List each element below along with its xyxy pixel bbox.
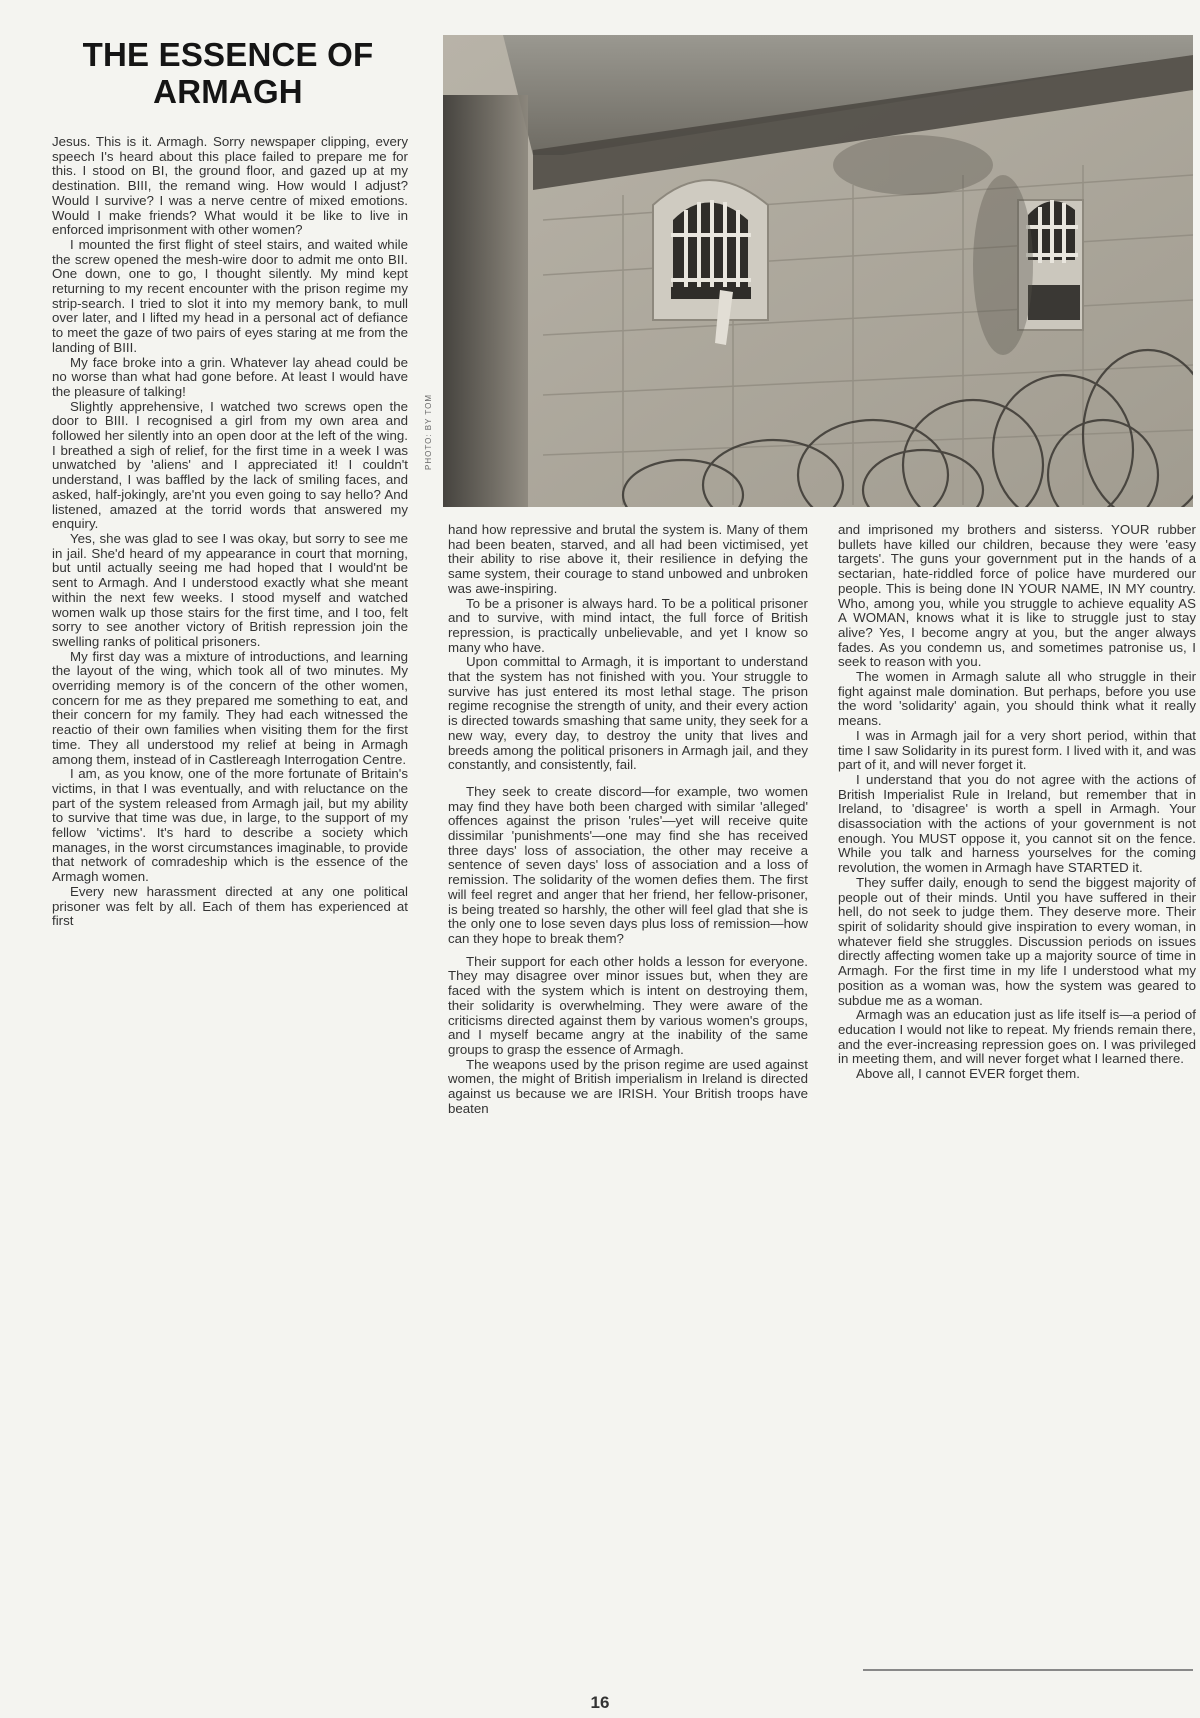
paragraph: hand how repressive and brutal the syste… [448,523,808,597]
paragraph: My face broke into a grin. Whatever lay … [52,356,408,400]
paragraph: and imprisoned my brothers and sisterss.… [838,523,1196,670]
paragraph: The weapons used by the prison regime ar… [448,1058,808,1117]
paragraph: Slightly apprehensive, I watched two scr… [52,400,408,532]
article-column-3: and imprisoned my brothers and sisterss.… [838,523,1196,1082]
article-column-2: hand how repressive and brutal the syste… [448,523,808,1116]
paragraph: The women in Armagh salute all who strug… [838,670,1196,729]
photo-illustration [443,35,1193,507]
end-of-article-rule [863,1669,1193,1671]
paragraph: Armagh was an education just as life its… [838,1008,1196,1067]
article-title: THE ESSENCE OF ARMAGH [42,36,414,110]
article-column-1: Jesus. This is it. Armagh. Sorry newspap… [52,135,408,929]
paragraph: They suffer daily, enough to send the bi… [838,876,1196,1008]
paragraph: I mounted the first flight of steel stai… [52,238,408,356]
paragraph: I am, as you know, one of the more fortu… [52,767,408,885]
paragraph: To be a prisoner is always hard. To be a… [448,597,808,656]
title-line-2: ARMAGH [153,73,303,110]
photo-credit: PHOTO: BY TOM [424,394,433,470]
paragraph: I was in Armagh jail for a very short pe… [838,729,1196,773]
paragraph: Jesus. This is it. Armagh. Sorry newspap… [52,135,408,238]
paragraph: They seek to create discord—for example,… [448,785,808,947]
paragraph: My first day was a mixture of introducti… [52,650,408,768]
page-number: 16 [0,1693,1200,1713]
paragraph: Above all, I cannot EVER forget them. [838,1067,1196,1082]
paragraph: Their support for each other holds a les… [448,955,808,1058]
title-line-1: THE ESSENCE OF [83,36,374,73]
paragraph: Yes, she was glad to see I was okay, but… [52,532,408,650]
paragraph: Every new harassment directed at any one… [52,885,408,929]
paragraph: Upon committal to Armagh, it is importan… [448,655,808,773]
prison-photo [443,35,1193,507]
paragraph: I understand that you do not agree with … [838,773,1196,876]
